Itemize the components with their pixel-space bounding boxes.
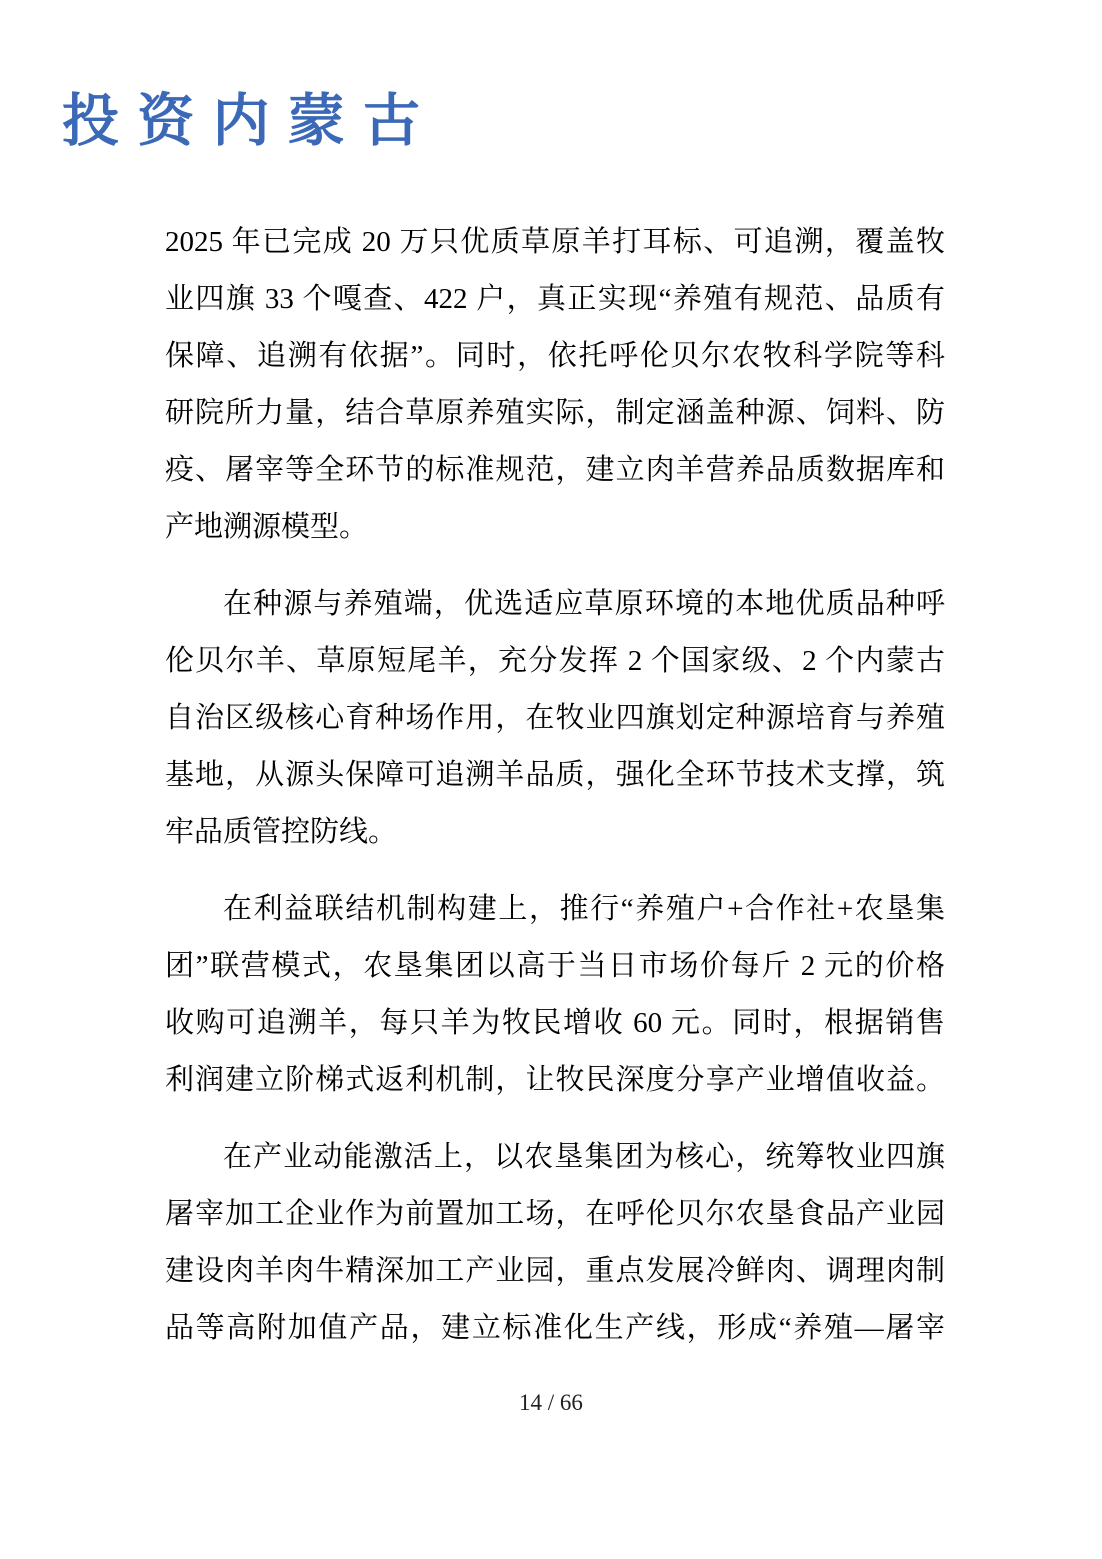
text-line: 2025 年已完成 20 万只优质草原羊打耳标、可追溯，覆盖牧 [165, 214, 945, 271]
paragraph: 在利益联结机制构建上，推行“养殖户+合作社+农垦集团”联营模式，农垦集团以高于当… [165, 881, 945, 1109]
paragraph: 2025 年已完成 20 万只优质草原羊打耳标、可追溯，覆盖牧业四旗 33 个嘎… [165, 214, 945, 556]
text-line: 产地溯源模型。 [165, 499, 945, 556]
text-line: 屠宰加工企业作为前置加工场，在呼伦贝尔农垦食品产业园 [165, 1186, 945, 1243]
text-line: 在利益联结机制构建上，推行“养殖户+合作社+农垦集 [165, 881, 945, 938]
text-line: 伦贝尔羊、草原短尾羊，充分发挥 2 个国家级、2 个内蒙古 [165, 633, 945, 690]
text-line: 疫、屠宰等全环节的标准规范，建立肉羊营养品质数据库和 [165, 442, 945, 499]
text-line: 研院所力量，结合草原养殖实际，制定涵盖种源、饲料、防 [165, 385, 945, 442]
text-line: 牢品质管控防线。 [165, 804, 945, 861]
page-title: 投 资 内 蒙 古 [0, 0, 1102, 156]
page-number: 14 / 66 [519, 1390, 583, 1415]
text-line: 业四旗 33 个嘎查、422 户，真正实现“养殖有规范、品质有 [165, 271, 945, 328]
text-line: 团”联营模式，农垦集团以高于当日市场价每斤 2 元的价格 [165, 938, 945, 995]
text-line: 基地，从源头保障可追溯羊品质，强化全环节技术支撑，筑 [165, 747, 945, 804]
paragraph: 在产业动能激活上，以农垦集团为核心，统筹牧业四旗屠宰加工企业作为前置加工场，在呼… [165, 1129, 945, 1357]
text-line: 自治区级核心育种场作用，在牧业四旗划定种源培育与养殖 [165, 690, 945, 747]
document-page: 投 资 内 蒙 古 2025 年已完成 20 万只优质草原羊打耳标、可追溯，覆盖… [0, 0, 1102, 1559]
page-footer: 14 / 66 [0, 1390, 1102, 1416]
text-line: 保障、追溯有依据”。同时，依托呼伦贝尔农牧科学院等科 [165, 328, 945, 385]
text-line: 在产业动能激活上，以农垦集团为核心，统筹牧业四旗 [165, 1129, 945, 1186]
paragraph: 在种源与养殖端，优选适应草原环境的本地优质品种呼伦贝尔羊、草原短尾羊，充分发挥 … [165, 576, 945, 861]
text-line: 品等高附加值产品，建立标准化生产线，形成“养殖—屠宰 [165, 1300, 945, 1357]
text-line: 在种源与养殖端，优选适应草原环境的本地优质品种呼 [165, 576, 945, 633]
text-line: 收购可追溯羊，每只羊为牧民增收 60 元。同时，根据销售 [165, 995, 945, 1052]
text-line: 建设肉羊肉牛精深加工产业园，重点发展冷鲜肉、调理肉制 [165, 1243, 945, 1300]
document-body: 2025 年已完成 20 万只优质草原羊打耳标、可追溯，覆盖牧业四旗 33 个嘎… [165, 214, 945, 1377]
text-line: 利润建立阶梯式返利机制，让牧民深度分享产业增值收益。 [165, 1052, 945, 1109]
